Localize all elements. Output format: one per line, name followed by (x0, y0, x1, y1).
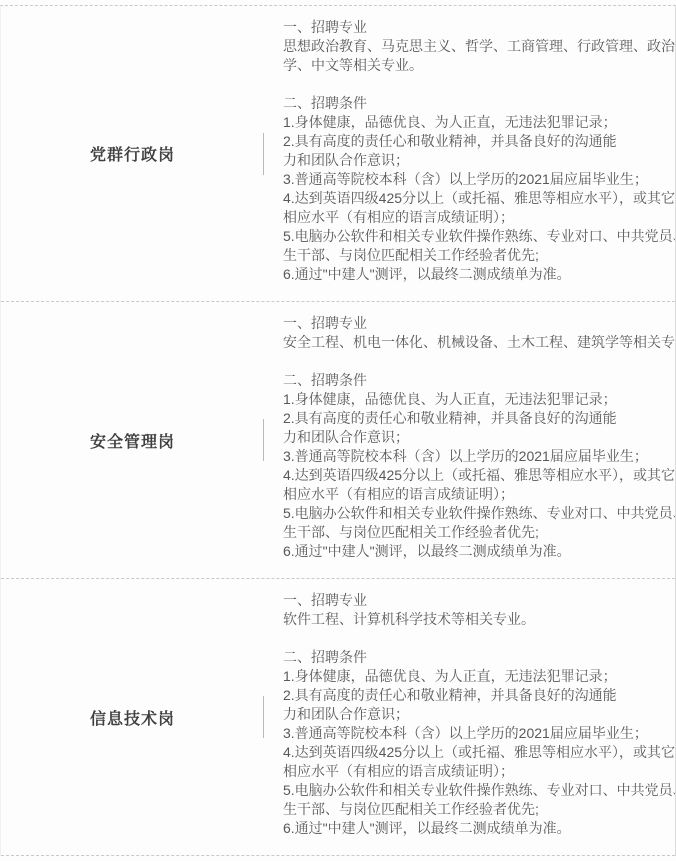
majors-heading: 一、招聘专业 (283, 591, 673, 610)
cell-divider-line (263, 696, 264, 738)
majors-heading: 一、招聘专业 (283, 314, 673, 333)
conditions-heading: 二、招聘条件 (283, 371, 673, 390)
position-name-cell: 安全管理岗 (1, 302, 264, 578)
conditions-text: 1.身体健康，品德优良、为人正直，无违法犯罪记录； 2.具有高度的责任心和敬业精… (283, 667, 673, 838)
position-name: 党群行政岗 (90, 142, 175, 165)
position-details-cell: 一、招聘专业 软件工程、计算机科学技术等相关专业。 二、招聘条件 1.身体健康，… (264, 579, 675, 855)
position-row-safety-management: 安全管理岗 一、招聘专业 安全工程、机电一体化、机械设备、土木工程、建筑学等相关… (1, 302, 675, 579)
majors-text: 思想政治教育、马克思主义、哲学、工商管理、行政管理、政治 学、中文等相关专业。 (283, 37, 673, 75)
majors-heading: 一、招聘专业 (283, 18, 673, 37)
position-row-information-technology: 信息技术岗 一、招聘专业 软件工程、计算机科学技术等相关专业。 二、招聘条件 1… (1, 579, 675, 856)
position-details-cell: 一、招聘专业 安全工程、机电一体化、机械设备、土木工程、建筑学等相关专业。 二、… (264, 302, 675, 578)
conditions-text: 1.身体健康，品德优良、为人正直，无违法犯罪记录； 2.具有高度的责任心和敬业精… (283, 390, 673, 561)
conditions-text: 1.身体健康，品德优良、为人正直，无违法犯罪记录； 2.具有高度的责任心和敬业精… (283, 113, 673, 284)
cell-divider-line (263, 133, 264, 175)
majors-text: 软件工程、计算机科学技术等相关专业。 (283, 610, 673, 629)
majors-text: 安全工程、机电一体化、机械设备、土木工程、建筑学等相关专业。 (283, 333, 673, 352)
position-name: 信息技术岗 (90, 706, 175, 729)
position-name: 安全管理岗 (90, 429, 175, 452)
position-name-cell: 党群行政岗 (1, 6, 264, 301)
recruitment-table: 党群行政岗 一、招聘专业 思想政治教育、马克思主义、哲学、工商管理、行政管理、政… (0, 5, 676, 856)
position-details-cell: 一、招聘专业 思想政治教育、马克思主义、哲学、工商管理、行政管理、政治 学、中文… (264, 6, 675, 301)
position-name-cell: 信息技术岗 (1, 579, 264, 855)
conditions-heading: 二、招聘条件 (283, 648, 673, 667)
conditions-heading: 二、招聘条件 (283, 94, 673, 113)
position-row-party-admin: 党群行政岗 一、招聘专业 思想政治教育、马克思主义、哲学、工商管理、行政管理、政… (1, 6, 675, 302)
cell-divider-line (263, 419, 264, 461)
recruitment-positions-page: 党群行政岗 一、招聘专业 思想政治教育、马克思主义、哲学、工商管理、行政管理、政… (0, 0, 676, 861)
